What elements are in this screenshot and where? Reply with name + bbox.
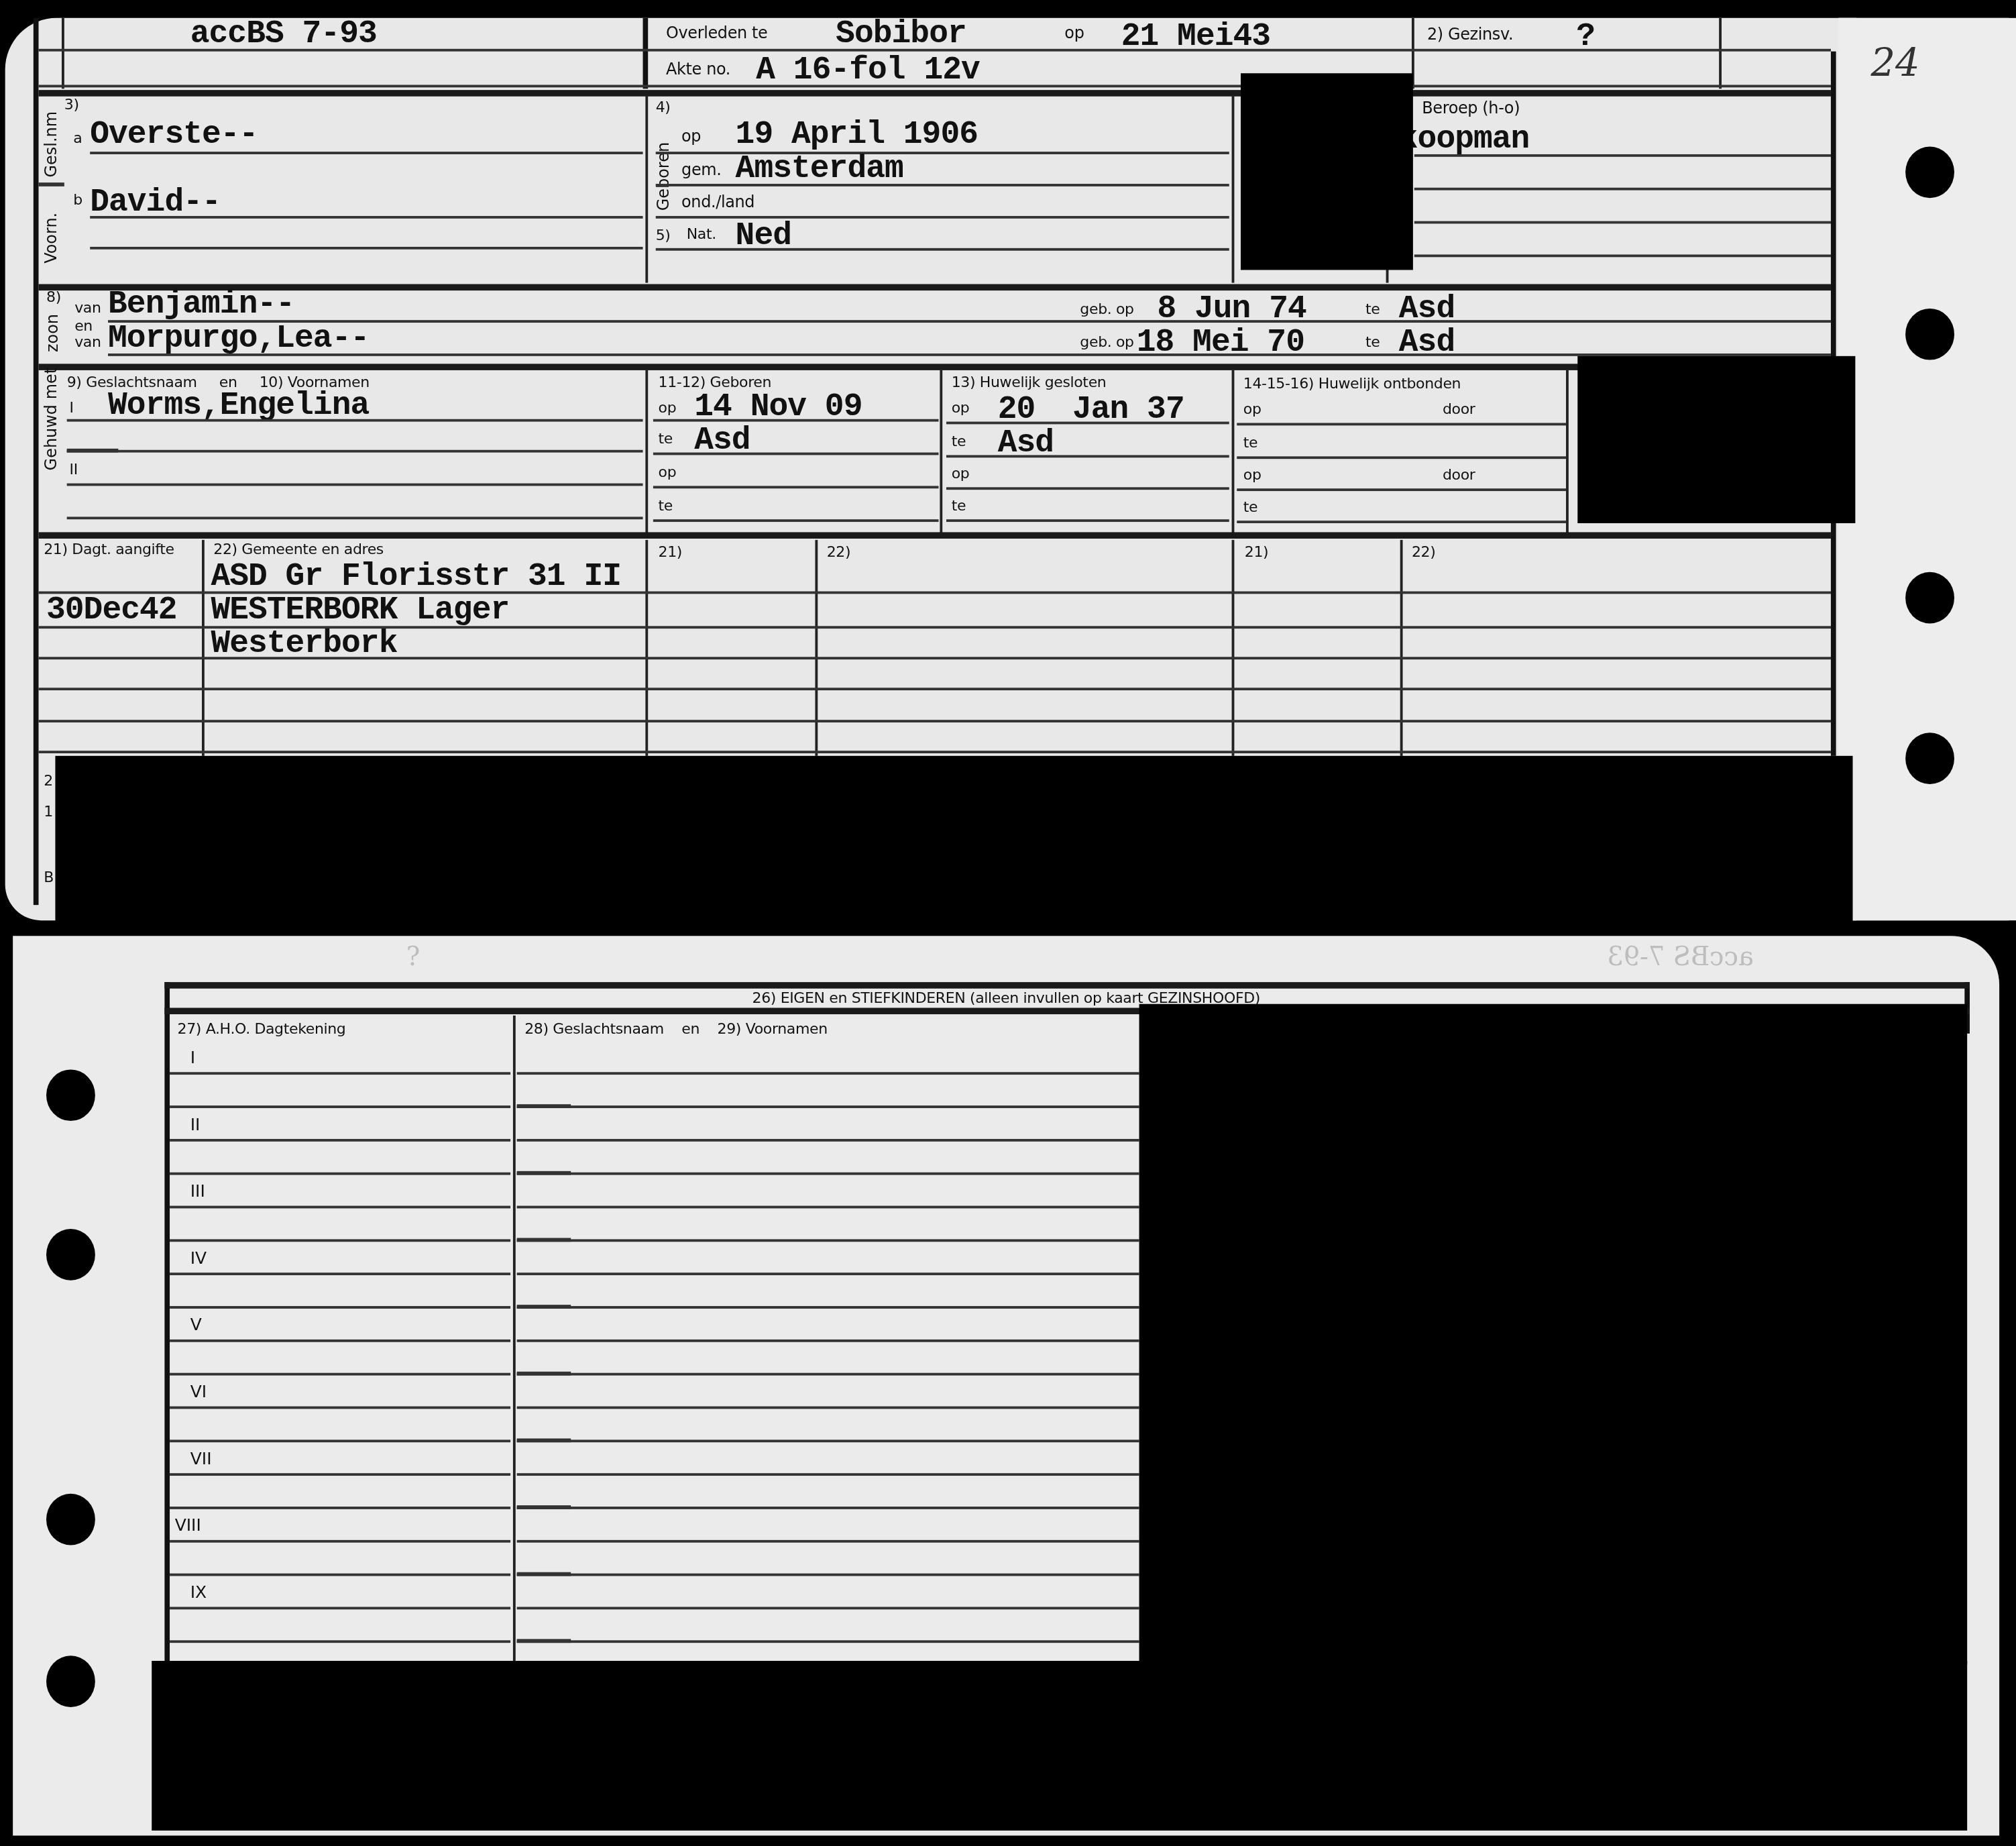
rule [90,247,642,249]
spouse-ii-marker: II [70,460,78,478]
rule [170,1507,510,1509]
rule [108,354,1831,356]
rule [1237,456,1566,458]
rule [653,453,939,455]
father-place-label: te [1365,300,1380,318]
rule [170,1574,510,1576]
address-line-1: ASD Gr Florisstr 31 II [211,558,621,596]
divider [645,95,647,283]
married-side-label: Gehuwd met [41,368,60,471]
rule [39,688,1831,690]
spouse-ii-place-label: te [659,496,673,514]
child-row-number: VII [190,1450,212,1470]
spouse-ii-born-label: op [659,463,677,481]
rule [67,450,643,452]
dissolved-te-label: te [1243,433,1257,451]
rule [517,1206,1139,1208]
children-date-header: 27) A.H.O. Dagtekening [178,1020,346,1038]
rule [39,626,1831,628]
dissolved-by-label-2: door [1443,466,1475,484]
rule [1414,221,1831,223]
dissolved-te-label-2: te [1243,498,1257,516]
divider [940,370,942,535]
partial-label-b: 1 [44,802,53,820]
child-row-number: VIII [175,1517,201,1536]
rule [39,751,1831,753]
rule [39,85,1831,87]
address-col6-header: 22) [1412,543,1436,561]
punch-hole [46,1069,95,1121]
redaction-block [55,756,1852,923]
rule-marker [517,1438,571,1442]
divider [1232,540,1234,756]
deed-label: Akte no. [666,59,730,78]
section-rule [39,532,1831,539]
rule [517,1072,1139,1074]
punch-hole [46,1229,95,1281]
birth-subdivision-label: ond./land [681,192,754,211]
rule [653,419,939,421]
rule [90,216,642,218]
household-label: 2) Gezinsv. [1427,24,1513,44]
rule [170,1607,510,1609]
occupation-value: koopman [1399,121,1530,158]
rule [1414,154,1831,156]
child-row-number: IV [190,1250,207,1269]
divider [645,370,647,535]
spouse-i-place-label: te [659,429,673,447]
punch-hole [46,1494,95,1545]
rule [517,1407,1139,1409]
birth-place-label: gem. [681,160,721,179]
address-header: 22) Gemeente en adres [213,540,384,558]
surname-value: Overste-- [90,115,258,153]
father-place: Asd [1399,290,1455,328]
mother-born-label: geb. op [1080,333,1133,351]
rule [170,1640,510,1642]
nationality-label: Nat. [687,225,716,243]
address-col5-header: 21) [1245,543,1269,561]
firstname-marker: b [73,191,82,209]
rule [170,1139,510,1141]
rule-marker [517,1104,571,1108]
redaction-block [1139,1004,1968,1665]
rule [517,1540,1139,1542]
rule [39,592,1831,594]
section-rule [164,982,1970,989]
handwritten-page-number: 24 [1870,41,1919,86]
punch-hole [1905,732,1954,784]
rule [170,1407,510,1409]
divider [202,540,204,756]
father-born-date: 8 Jun 74 [1157,290,1306,328]
rule [170,1373,510,1375]
married-i-place-label: te [952,432,966,450]
rule [517,1340,1139,1342]
married-ii-label: op [952,464,970,482]
rule [946,422,1229,424]
rule [946,519,1229,521]
rule [517,1640,1139,1642]
rule [1414,254,1831,256]
section-rule [39,364,1831,370]
rule [170,1272,510,1274]
surname-side-label: Gesl.nm [41,111,60,178]
rule-marker [517,1505,571,1509]
address-entry-date: 30Dec42 [46,592,177,629]
rule [517,1507,1139,1509]
rule [170,1540,510,1542]
birth-section-no: 4) [656,98,671,116]
spouse-i-born-label: op [659,398,677,417]
divider [1232,370,1234,535]
rule [946,455,1229,457]
divider [1400,540,1402,756]
father-name: Benjamin-- [108,285,294,323]
section-rule [39,284,1831,291]
rule [170,1239,510,1241]
rule [170,1306,510,1308]
record-reference: accBS 7-93 [190,15,377,53]
rule [517,1272,1139,1274]
redaction-block [1577,356,1855,523]
frame-left [34,18,39,905]
dissolved-by-label: door [1443,400,1475,418]
punch-hole [1905,572,1954,624]
divider [645,540,647,756]
child-row-number: II [190,1116,201,1135]
rule [170,1105,510,1107]
father-prefix: van [74,298,101,317]
rule [656,248,1229,250]
divider [1232,95,1234,283]
rule [170,1072,510,1074]
frame-left [164,982,170,1664]
father-born-label: geb. op [1080,300,1133,318]
birth-date-label: op [681,126,701,146]
rule-marker [517,1372,571,1376]
rule-marker [517,1639,571,1643]
address-col4-header: 22) [827,543,851,561]
mother-place: Asd [1399,324,1455,362]
child-row-number: IX [190,1584,207,1603]
rule [656,184,1229,186]
rule [170,1340,510,1342]
partial-label-c: B [44,868,54,886]
rule [170,1440,510,1442]
names-section-no: 3) [64,95,79,113]
parents-side-label: zoon [42,314,62,352]
rule [517,1440,1139,1442]
rule [170,1473,510,1475]
rule [39,720,1831,722]
rule [1237,488,1566,490]
scanned-record-viewer: 24 accBS 7-93 Overleden te Sobibor op 21… [0,0,2016,1846]
child-row-number: III [190,1183,205,1202]
rule [90,152,642,154]
rule [517,1306,1139,1308]
rule [517,1373,1139,1375]
rule [517,1473,1139,1475]
rule [517,1139,1139,1141]
rule-marker [517,1171,571,1175]
dissolved-header: 14-15-16) Huwelijk ontbonden [1243,374,1461,392]
rule [39,49,1831,51]
mother-place-label: te [1365,333,1380,351]
birth-place-value: Amsterdam [736,150,903,188]
and-label: en [74,316,93,334]
punch-hole [1905,146,1954,198]
died-on-label: op [1064,23,1084,42]
rule [517,1239,1139,1241]
section-rule [39,90,1831,97]
redaction-block [1241,73,1413,270]
rule [946,487,1229,489]
rule [67,517,643,519]
mother-prefix: van [74,333,101,351]
nationality-section-no: 5) [656,226,671,244]
rule [1414,188,1831,190]
died-at-label: Overleden te [666,23,767,42]
bleed-through-mark: ? [406,941,421,972]
married-header: 13) Huwelijk gesloten [952,373,1107,391]
child-row-number: V [190,1316,202,1336]
divider [1719,18,1721,89]
rule [517,1173,1139,1175]
rule [170,1206,510,1208]
rule [517,1607,1139,1609]
married-i-label: op [952,398,970,417]
rule [653,486,939,488]
rule [67,449,119,453]
children-name-header: 28) Geslachtsnaam en 29) Voornamen [524,1020,828,1038]
surname-marker: a [73,129,82,147]
rule [1237,423,1566,425]
married-ii-place-label: te [952,496,966,514]
rule [653,519,939,521]
rule [39,182,64,186]
rule-marker [517,1238,571,1242]
rule [39,657,1831,659]
divider [815,540,817,756]
occupation-label: Beroep (h-o) [1422,98,1520,117]
punch-hole [46,1655,95,1707]
parents-section-no: 8) [46,288,61,306]
deed-number: A 16-fol 12v [756,52,980,89]
divider [1566,370,1568,535]
rule [170,1173,510,1175]
partial-label-a: 2 [44,771,53,790]
rule [1237,521,1566,523]
address-line-2: WESTERBORK Lager [211,592,509,629]
rule-marker [517,1305,571,1309]
rule [108,320,1831,322]
rule [517,1105,1139,1107]
firstname-side-label: Voorn. [41,213,60,264]
punch-hole [1905,309,1954,360]
dissolved-op-label-2: op [1243,466,1262,484]
dissolved-op-label: op [1243,400,1262,418]
frame-left-inner [62,18,64,89]
redaction-block [152,1661,1967,1831]
spouse-i-marker: I [70,398,74,417]
divider [643,18,649,89]
bleed-through-text: accBS 7-93 [1607,941,1754,972]
rule-marker [517,1572,571,1576]
died-at-value: Sobibor [836,15,966,53]
rule [67,484,643,486]
rule [67,419,643,421]
mother-born-date: 18 Mei 70 [1137,324,1304,362]
mother-name: Morpurgo,Lea-- [108,320,369,358]
birth-date-value: 19 April 1906 [736,115,978,153]
address-date-header: 21) Dagt. aangifte [44,540,174,558]
rule [517,1574,1139,1576]
divider [513,1016,515,1665]
address-col3-header: 21) [659,543,683,561]
child-row-number: I [190,1049,195,1069]
child-row-number: VI [190,1383,207,1403]
